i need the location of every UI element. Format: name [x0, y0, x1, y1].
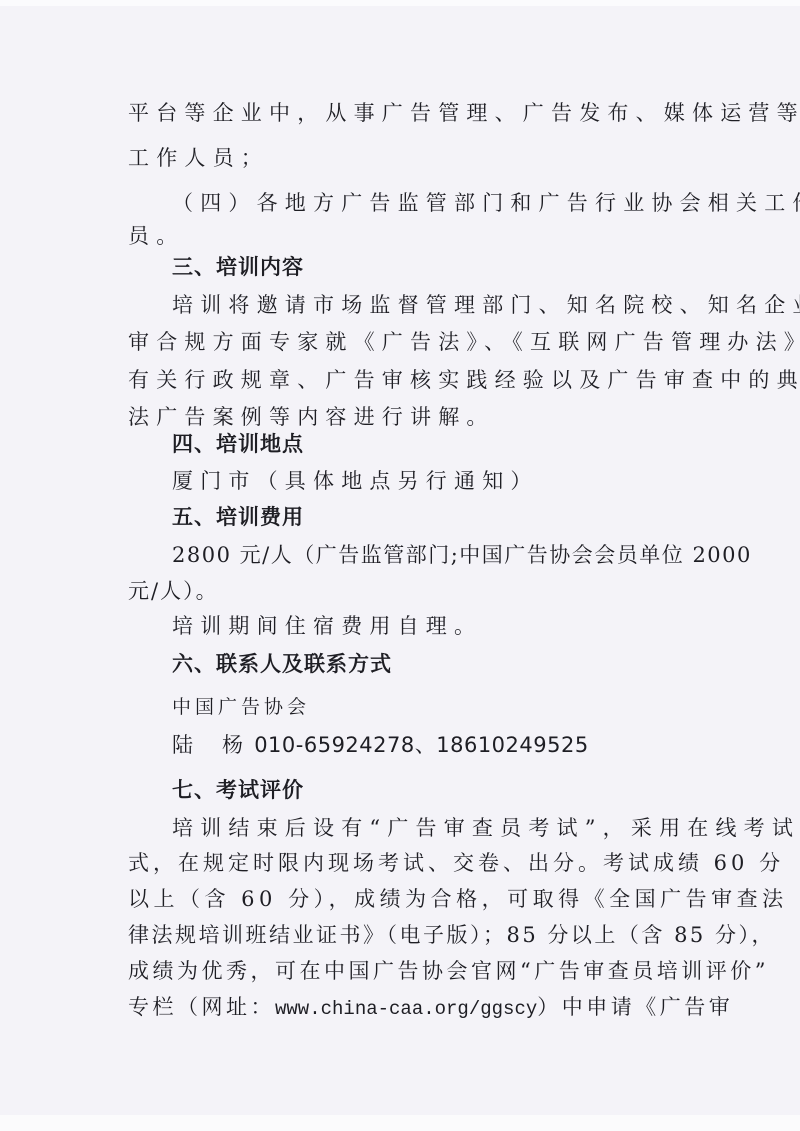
section-heading-fee: 五、培训费用	[172, 504, 304, 530]
content-line: 有关行政规章、广告审核实践经验以及广告审查中的典型违	[128, 367, 800, 393]
exam-line: 律法规培训班结业证书》（电子版）；85 分以上（含 85 分），	[128, 922, 775, 948]
section-heading-location: 四、培训地点	[172, 431, 304, 457]
exam-line: 以上（含 60 分），成绩为合格，可取得《全国广告审查法	[128, 886, 788, 912]
scan-edge-top	[0, 0, 800, 6]
body-line: （四）各地方广告监管部门和广告行业协会相关工作人	[172, 190, 800, 216]
exam-line-url: 专栏（网址：www.china-caa.org/ggscy）中申请《广告审	[128, 994, 733, 1022]
body-line: 员。	[128, 223, 184, 249]
fee-line: 2800 元/人（广告监管部门;中国广告协会会员单位 2000	[172, 542, 752, 568]
fee-line: 培训期间住宿费用自理。	[172, 613, 482, 639]
scan-edge-bottom	[0, 1115, 800, 1131]
exam-line: 式，在规定时限内现场考试、交卷、出分。考试成绩 60 分	[128, 850, 784, 876]
body-line: 平台等企业中，从事广告管理、广告发布、媒体运营等相关	[128, 100, 800, 126]
content-line: 培训将邀请市场监督管理部门、知名院校、知名企业广	[172, 292, 800, 318]
location-line: 厦门市（具体地点另行通知）	[172, 468, 539, 494]
exam-line: 成绩为优秀，可在中国广告协会官网“广告审查员培训评价”	[128, 958, 769, 984]
contact-phones: 010-65924278、18610249525	[254, 733, 589, 757]
content-line: 法广告案例等内容进行讲解。	[128, 404, 495, 430]
exam-line: 培训结束后设有“广告审查员考试”，采用在线考试形	[172, 815, 800, 841]
exam-url-suffix: ）中申请《广告审	[537, 995, 733, 1019]
body-line: 工作人员；	[128, 145, 269, 171]
fee-line: 元/人）。	[128, 578, 219, 604]
section-heading-exam: 七、考试评价	[172, 777, 304, 803]
website-url: www.china-caa.org/ggscy	[275, 998, 537, 1020]
section-heading-contact: 六、联系人及联系方式	[172, 651, 392, 677]
content-line: 审合规方面专家就《广告法》、《互联网广告管理办法》等	[128, 329, 800, 355]
section-heading-content: 三、培训内容	[172, 254, 304, 280]
contact-organization: 中国广告协会	[172, 694, 310, 720]
exam-url-prefix: 专栏（网址：	[128, 995, 275, 1019]
contact-person: 陆 杨	[172, 733, 247, 757]
contact-row: 陆 杨 010-65924278、18610249525	[172, 732, 589, 758]
